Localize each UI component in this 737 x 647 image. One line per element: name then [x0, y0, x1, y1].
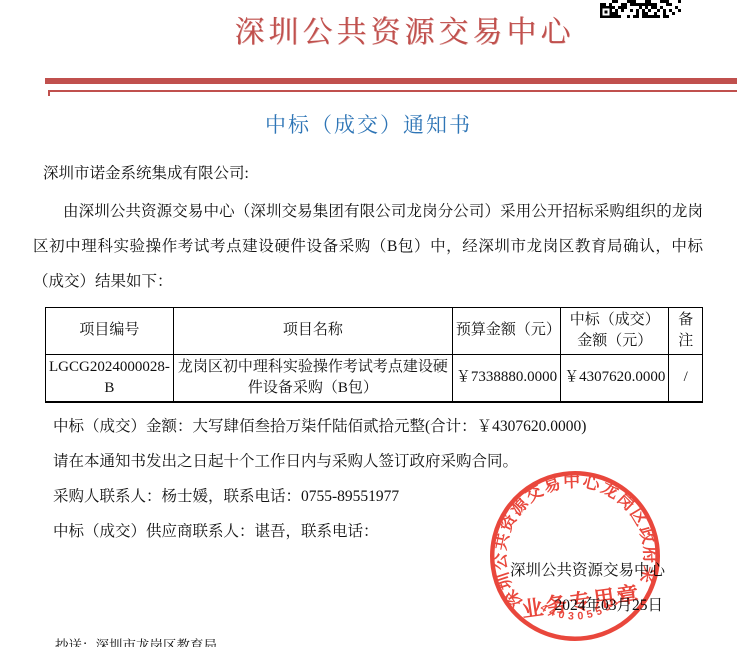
salutation: 深圳市诺金系统集成有限公司:	[33, 163, 703, 184]
award-amount-line: 中标（成交）金额：大写肆佰叁拾万柒仟陆佰贰拾元整(合计：￥4307620.000…	[33, 416, 703, 438]
cc-line: 抄送：深圳市龙岗区教育局	[33, 634, 703, 647]
col-header-budget-amount: 预算金额（元）	[452, 307, 560, 354]
contract-instruction-line: 请在本通知书发出之日起十个工作日内与采购人签订政府采购合同。	[33, 451, 703, 473]
cell-project-name: 龙岗区初中理科实验操作考试考点建设硬件设备采购（B包）	[173, 354, 452, 402]
cell-project-id: LGCG2024000028-B	[46, 354, 174, 402]
supplier-contact-line: 中标（成交）供应商联系人：谌吾，联系电话：	[33, 521, 703, 543]
qr-code-icon	[600, 0, 682, 18]
col-header-award-amount: 中标（成交）金额（元）	[561, 307, 669, 354]
notice-document: { "header": { "org_name": "深圳公共资源交易中心", …	[0, 0, 737, 647]
cell-award-amount: ￥4307620.0000	[561, 354, 669, 402]
intro-paragraph: 由深圳公共资源交易中心（深圳交易集团有限公司龙岗分公司）采用公开招标采购组织的龙…	[33, 194, 703, 299]
col-header-project-name: 项目名称	[173, 307, 452, 354]
header-rule-thick	[45, 78, 737, 84]
document-body: 深圳市诺金系统集成有限公司: 由深圳公共资源交易中心（深圳交易集团有限公司龙岗分…	[0, 163, 737, 647]
cell-remark: /	[669, 354, 703, 402]
letterhead: 深圳公共资源交易中心	[0, 0, 737, 92]
table-header-row: 项目编号 项目名称 预算金额（元） 中标（成交）金额（元） 备注	[46, 307, 703, 354]
purchaser-contact-line: 采购人联系人：杨士媛，联系电话：0755-89551977	[33, 486, 703, 508]
table-row: LGCG2024000028-B 龙岗区初中理科实验操作考试考点建设硬件设备采购…	[46, 354, 703, 402]
signature-block: 深圳公共资源交易中心 2024年03月25日	[33, 560, 665, 617]
signature-date: 2024年03月25日	[33, 595, 663, 617]
document-title: 中标（成交）通知书	[0, 109, 737, 139]
col-header-remark: 备注	[669, 307, 703, 354]
cell-budget-amount: ￥7338880.0000	[452, 354, 560, 402]
col-header-project-id: 项目编号	[46, 307, 174, 354]
signature-org: 深圳公共资源交易中心	[33, 560, 665, 582]
header-rule-thin	[48, 90, 737, 92]
result-table: 项目编号 项目名称 预算金额（元） 中标（成交）金额（元） 备注 LGCG202…	[45, 307, 703, 403]
